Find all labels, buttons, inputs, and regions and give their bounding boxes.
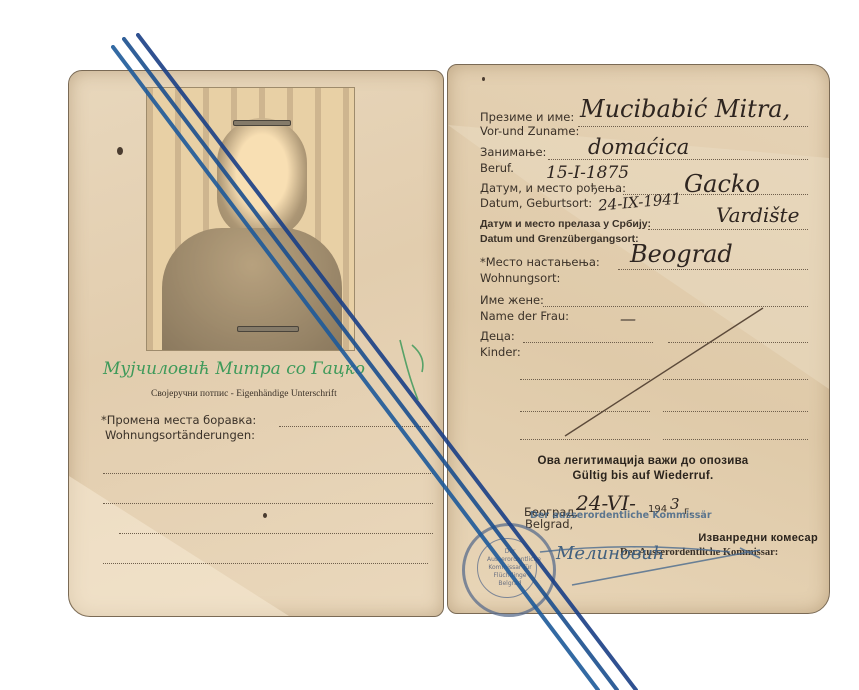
occupation-label-de: Beruf. (480, 161, 514, 175)
commissioner-overprint: Der ausserordentliche Kommissär (530, 509, 712, 523)
name-label-de: Vor-und Zuname: (480, 124, 579, 138)
staple-top (233, 120, 291, 126)
name-value: Mucibabić Mitra, (580, 95, 790, 123)
paper-fold-corner (69, 476, 289, 616)
children-line (523, 342, 653, 343)
residence-line (279, 426, 429, 427)
wife-line (543, 306, 808, 307)
occupation-line (548, 159, 808, 160)
crossing-place-value: Vardište (716, 203, 799, 227)
validity-text-de: Gültig bis auf Wiederruf. (478, 470, 808, 482)
residence-change-label-de: Wohnungsortänderungen: (105, 428, 255, 442)
wife-label-sr: Име жене: (480, 293, 544, 307)
holder-signature: Мујчиловић Митра со Гацко (103, 359, 365, 379)
commissioner-signature: Мелиновић (556, 543, 665, 564)
signature-caption: Својеручни потпис - Eigenhändige Untersc… (151, 389, 337, 399)
commissioner-title-sr: Изванредни комесар (668, 532, 818, 544)
residence-line (618, 269, 808, 270)
staple-bottom (237, 326, 299, 332)
residence-line (103, 563, 428, 564)
children-line (663, 379, 808, 380)
children-line (520, 439, 650, 440)
children-line (520, 411, 650, 412)
occupation-label-sr: Занимање: (480, 145, 546, 159)
children-line (668, 342, 808, 343)
validity-text-sr: Ова легитимација важи до опозива (478, 455, 808, 467)
residence-label-sr: *Место настањења: (480, 255, 600, 269)
residence-line (103, 503, 433, 504)
residence-label-de: Wohnungsort: (480, 271, 560, 285)
children-line (663, 411, 808, 412)
name-label-sr: Презиме и име: (480, 110, 574, 124)
right-page: Презиме и име: Vor-und Zuname: Mucibabić… (447, 64, 830, 614)
crossing-line (648, 229, 808, 230)
birth-place-value: Gacko (684, 170, 760, 198)
residence-value: Beograd (630, 240, 733, 268)
birth-label-sr: Датум, и место рођења: (480, 181, 626, 195)
official-stamp: Der Ausserordentliche Kommissar für Flüc… (462, 523, 556, 617)
children-line (663, 439, 808, 440)
wife-value: — (620, 309, 636, 328)
occupation-value: domaćica (588, 135, 689, 159)
ink-spot (263, 513, 267, 518)
birth-date-value: 15-I-1875 (546, 163, 629, 183)
residence-line (103, 473, 433, 474)
stamp-text: Der Ausserordentliche Kommissar für Flüc… (487, 548, 533, 588)
residence-change-label-sr: *Промена места боравка: (101, 413, 256, 427)
residence-line (119, 533, 433, 534)
children-label-de: Kinder: (480, 345, 521, 359)
wife-label-de: Name der Frau: (480, 309, 569, 323)
ink-spot (117, 147, 123, 155)
children-line (520, 379, 650, 380)
birth-label-de: Datum, Geburtsort: (480, 196, 592, 210)
left-page: Мујчиловић Митра со Гацко Својеручни пот… (68, 70, 444, 617)
crossing-label-sr: Датум и место прелаза у Србију: (480, 217, 651, 231)
ink-spot (482, 77, 485, 81)
photo-head (217, 118, 307, 238)
crossing-label-de: Datum und Grenzübergangsort: (480, 232, 639, 246)
name-line (578, 126, 808, 127)
children-label-sr: Деца: (480, 329, 515, 343)
portrait-photo (146, 87, 355, 351)
